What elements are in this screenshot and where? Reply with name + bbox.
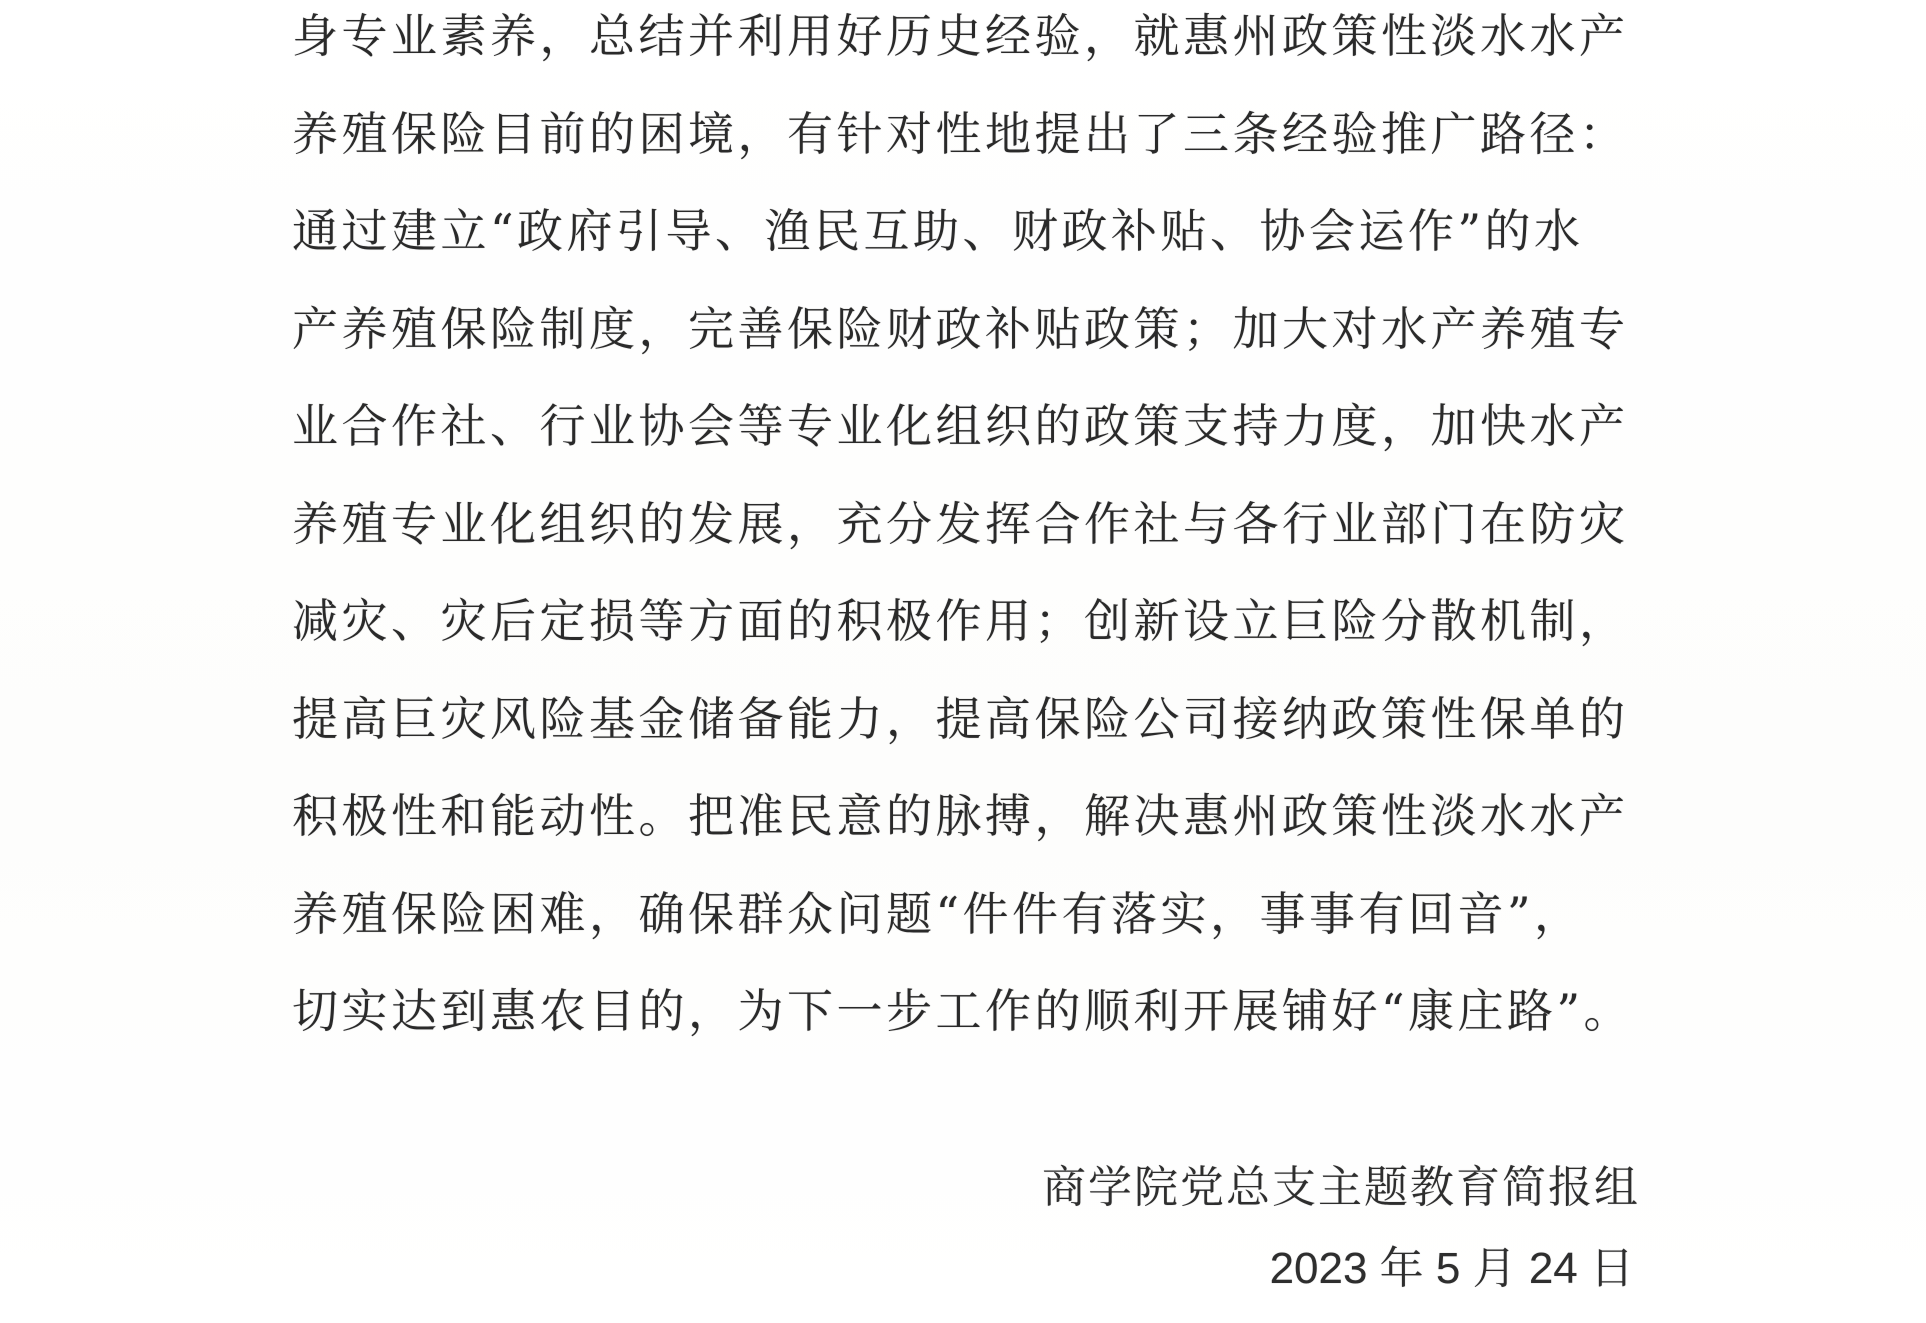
paragraph-line: 切实达到惠农目的，为下一步工作的顺利开展铺好“康庄路”。	[292, 975, 1652, 1073]
paragraph-line: 产养殖保险制度，完善保险财政补贴政策；加大对水产养殖专	[292, 293, 1652, 391]
paragraph-line: 减灾、灾后定损等方面的积极作用；创新设立巨险分散机制，	[292, 585, 1652, 683]
paragraph-line: 养殖保险困难，确保群众问题“件件有落实，事事有回音”，	[292, 878, 1652, 976]
paragraph-line: 养殖专业化组织的发展，充分发挥合作社与各行业部门在防灾	[292, 488, 1652, 586]
body-paragraph: 身专业素养，总结并利用好历史经验，就惠州政策性淡水水产 养殖保险目前的困境，有针…	[292, 0, 1652, 1073]
signature-date: 2023 年 5 月 24 日	[1042, 1228, 1640, 1310]
paragraph-line: 积极性和能动性。把准民意的脉搏，解决惠州政策性淡水水产	[292, 780, 1652, 878]
paragraph-line: 提高巨灾风险基金储备能力，提高保险公司接纳政策性保单的	[292, 683, 1652, 781]
paragraph-line: 身专业素养，总结并利用好历史经验，就惠州政策性淡水水产	[292, 0, 1652, 98]
paragraph-line: 通过建立“政府引导、渔民互助、财政补贴、协会运作”的水	[292, 195, 1652, 293]
signature-block: 商学院党总支主题教育简报组 2023 年 5 月 24 日	[1042, 1148, 1640, 1310]
signature-organization: 商学院党总支主题教育简报组	[1042, 1148, 1640, 1228]
document-page: 身专业素养，总结并利用好历史经验，就惠州政策性淡水水产 养殖保险目前的困境，有针…	[0, 0, 1926, 1323]
paragraph-line: 养殖保险目前的困境，有针对性地提出了三条经验推广路径：	[292, 98, 1652, 196]
paragraph-line: 业合作社、行业协会等专业化组织的政策支持力度，加快水产	[292, 390, 1652, 488]
